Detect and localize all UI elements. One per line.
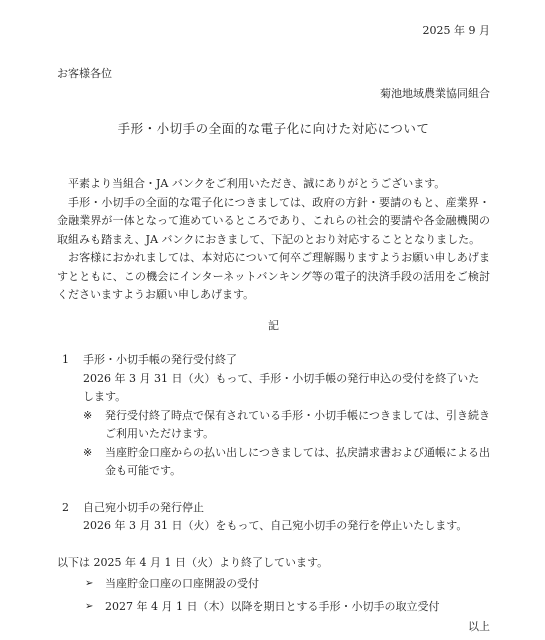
closing-bullet-1: ➢ 当座貯金口座の口座開設の受付 bbox=[85, 572, 490, 595]
document-page: 2025 年 9 月 お客様各位 菊池地域農業協同組合 手形・小切手の全面的な電… bbox=[0, 0, 545, 640]
note-text: 発行受付終了時点で保有されている手形・小切手帳につきましては、引き続きご利用いた… bbox=[105, 407, 490, 444]
closing-bullet-2-text: 2027 年 4 月 1 日（木）以降を期日とする手形・小切手の取立受付 bbox=[105, 595, 439, 618]
section-1-body: 2026 年 3 月 31 日（火）もって、手形・小切手帳の発行申込の受付を終了… bbox=[83, 370, 490, 407]
section-1: 1 手形・小切手帳の発行受付終了 2026 年 3 月 31 日（火）もって、手… bbox=[57, 351, 490, 481]
section-2-heading-row: 2 自己宛小切手の発行停止 bbox=[57, 499, 490, 518]
section-2-heading: 自己宛小切手の発行停止 bbox=[83, 499, 204, 518]
closing-bullet-1-text: 当座貯金口座の口座開設の受付 bbox=[105, 572, 259, 595]
closing-bullet-2: ➢ 2027 年 4 月 1 日（木）以降を期日とする手形・小切手の取立受付 bbox=[85, 595, 490, 618]
arrowhead-bullet-icon: ➢ bbox=[85, 595, 105, 618]
note-marker: ※ bbox=[83, 444, 105, 481]
document-title: 手形・小切手の全面的な電子化に向けた対応について bbox=[57, 120, 490, 139]
arrowhead-bullet-icon: ➢ bbox=[85, 572, 105, 595]
sender-organization: 菊池地域農業協同組合 bbox=[57, 85, 490, 104]
paragraph-background: 手形・小切手の全面的な電子化につきましては、政府の方針・要請のもと、産業界・金融… bbox=[57, 194, 490, 250]
section-1-heading: 手形・小切手帳の発行受付終了 bbox=[83, 351, 237, 370]
document-date: 2025 年 9 月 bbox=[57, 22, 490, 41]
note-marker: ※ bbox=[83, 407, 105, 444]
body-paragraphs: 平素より当組合・JA バンクをご利用いただき、誠にありがとうございます。 手形・… bbox=[57, 175, 490, 305]
section-1-note-1: ※ 発行受付終了時点で保有されている手形・小切手帳につきましては、引き続きご利用… bbox=[83, 407, 490, 444]
ki-marker: 記 bbox=[57, 317, 490, 336]
section-1-heading-row: 1 手形・小切手帳の発行受付終了 bbox=[57, 351, 490, 370]
section-2: 2 自己宛小切手の発行停止 2026 年 3 月 31 日（火）をもって、自己宛… bbox=[57, 499, 490, 536]
paragraph-greeting: 平素より当組合・JA バンクをご利用いただき、誠にありがとうございます。 bbox=[57, 175, 490, 194]
section-1-number: 1 bbox=[57, 351, 83, 370]
end-marker: 以上 bbox=[57, 618, 490, 637]
section-2-number: 2 bbox=[57, 499, 83, 518]
closing-intro: 以下は 2025 年 4 月 1 日（火）より終了しています。 bbox=[57, 554, 490, 573]
paragraph-request: お客様におかれましては、本対応について何卒ご理解賜りますようお願い申しあげますと… bbox=[57, 249, 490, 305]
section-2-body: 2026 年 3 月 31 日（火）をもって、自己宛小切手の発行を停止いたします… bbox=[83, 517, 490, 536]
section-1-note-2: ※ 当座貯金口座からの払い出しにつきましては、払戻請求書および通帳による出金も可… bbox=[83, 444, 490, 481]
recipient-line: お客様各位 bbox=[57, 65, 490, 84]
note-text: 当座貯金口座からの払い出しにつきましては、払戻請求書および通帳による出金も可能で… bbox=[105, 444, 490, 481]
